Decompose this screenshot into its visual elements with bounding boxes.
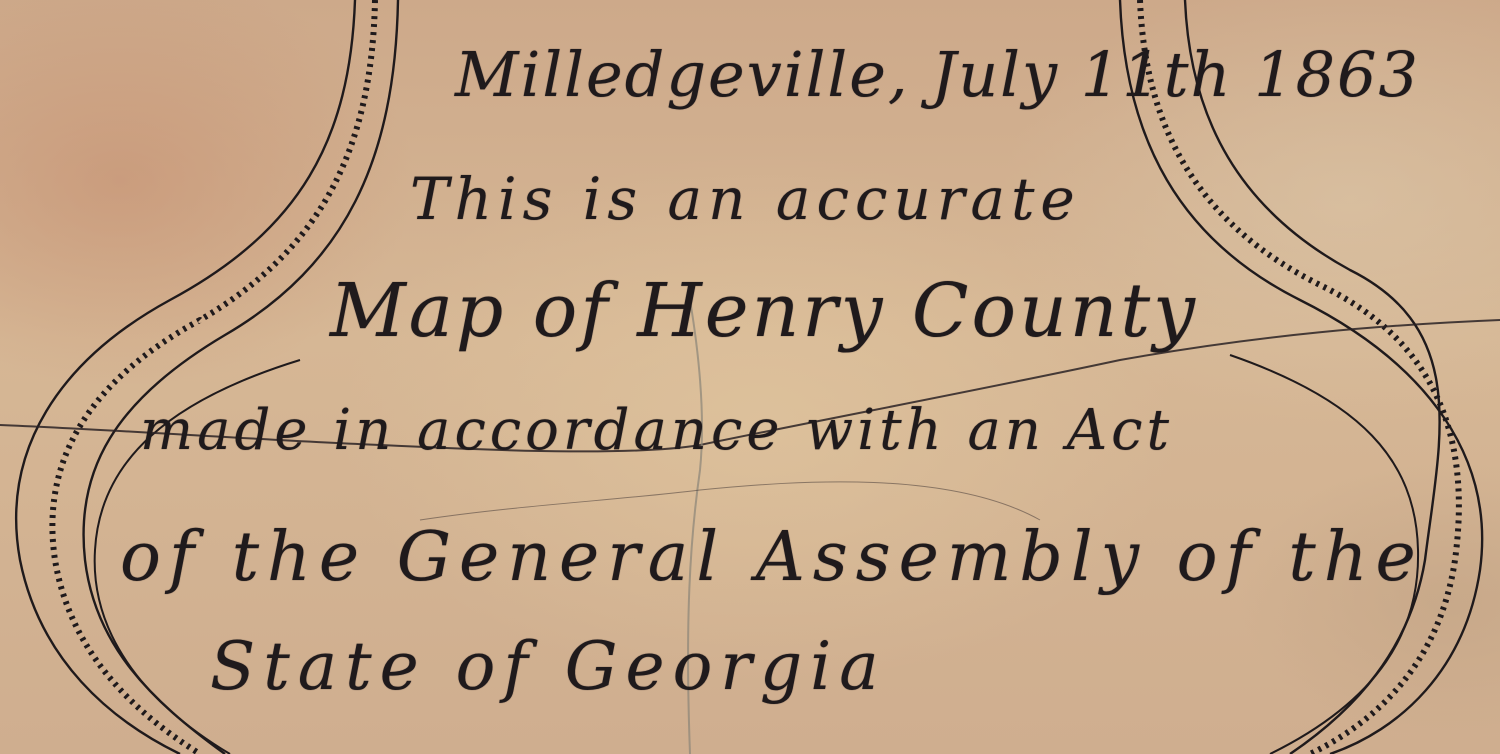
statement-line: This is an accurate (410, 165, 1081, 233)
map-title-line: Map of Henry County (330, 268, 1198, 354)
paper-crack-branch (420, 482, 1040, 520)
authority-line-1: made in accordance with an Act (140, 398, 1173, 463)
place-and-date-line: Milledgeville, July 11th 1863 (455, 38, 1420, 111)
border-right-outer (1120, 0, 1482, 754)
border-right-inner (1185, 0, 1440, 754)
authority-line-3: State of Georgia (210, 628, 887, 705)
authority-line-2: of the General Assembly of the (120, 518, 1424, 597)
